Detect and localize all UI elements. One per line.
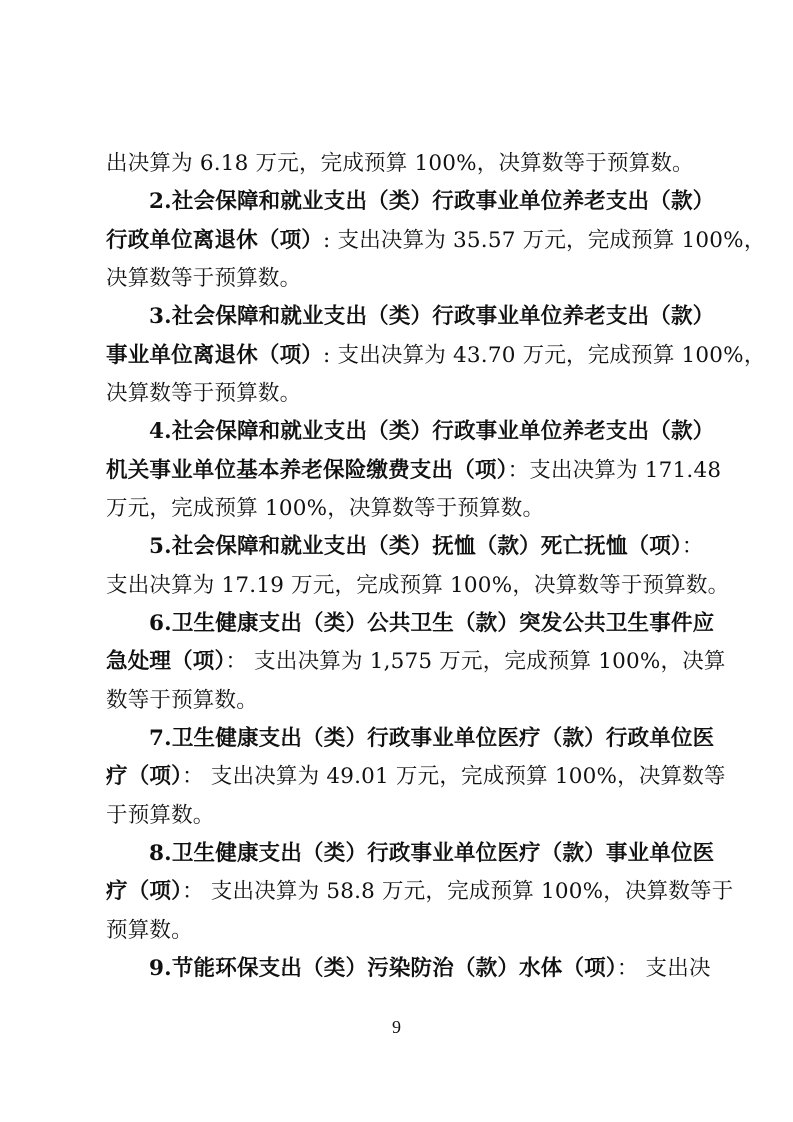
item-text: 出决算为 6.18 万元，完成预算 100%，决算数等于预算数。 [106, 151, 694, 176]
page-number: 9 [0, 1017, 793, 1038]
text-line: 预算数。 [106, 912, 193, 949]
text-line: 机关事业单位基本养老保险缴费支出（项）：支出决算为 171.48 [106, 452, 721, 489]
item-text: ： 支出决算为 58.8 万元，完成预算 100%，决算数等于 [182, 879, 733, 904]
item-heading: 5.社会保障和就业支出（类）抚恤（款）死亡抚恤（项） [149, 534, 682, 559]
text-line: 疗（项）： 支出决算为 49.01 万元，完成预算 100%，决算数等 [106, 758, 726, 795]
item-text: ： [682, 534, 704, 559]
item-heading: 9.节能环保支出（类）污染防治（款）水体（项） [149, 956, 617, 981]
text-line: 3.社会保障和就业支出（类）行政事业单位养老支出（款） [149, 298, 714, 335]
item-text: : 支出决算为 43.70 万元，完成预算 100%， [323, 343, 766, 368]
item-text: 决算数等于预算数。 [106, 381, 301, 406]
item-heading: 急处理（项） [106, 649, 225, 674]
text-line: 万元，完成预算 100%，决算数等于预算数。 [106, 490, 544, 527]
item-heading: 疗（项） [106, 764, 182, 789]
text-line: 急处理（项）： 支出决算为 1,575 万元，完成预算 100%，决算 [106, 643, 726, 680]
text-line: 5.社会保障和就业支出（类）抚恤（款）死亡抚恤（项）： [149, 528, 704, 565]
text-line: 2.社会保障和就业支出（类）行政事业单位养老支出（款） [149, 183, 714, 220]
item-heading: 疗（项） [106, 879, 182, 904]
text-line: 7.卫生健康支出（类）行政事业单位医疗（款）行政单位医 [149, 720, 714, 757]
item-text: ： 支出决算为 1,575 万元，完成预算 100%，决算 [225, 649, 725, 674]
item-text: 预算数。 [106, 918, 193, 943]
item-text: : 支出决算为 35.57 万元，完成预算 100%， [323, 228, 766, 253]
text-line: 事业单位离退休（项）: 支出决算为 43.70 万元，完成预算 100%， [106, 337, 766, 374]
text-line: 行政单位离退休（项）: 支出决算为 35.57 万元，完成预算 100%， [106, 222, 766, 259]
item-heading: 3.社会保障和就业支出（类）行政事业单位养老支出（款） [149, 304, 714, 329]
item-text: 数等于预算数。 [106, 688, 258, 713]
item-text: 支出决算为 17.19 万元，完成预算 100%，决算数等于预算数。 [106, 573, 729, 598]
text-line: 9.节能环保支出（类）污染防治（款）水体（项）： 支出决 [149, 950, 711, 987]
text-line: 决算数等于预算数。 [106, 375, 301, 412]
text-line: 决算数等于预算数。 [106, 260, 301, 297]
item-heading: 4.社会保障和就业支出（类）行政事业单位养老支出（款） [149, 419, 714, 444]
item-text: 决算数等于预算数。 [106, 266, 301, 291]
text-line: 6.卫生健康支出（类）公共卫生（款）突发公共卫生事件应 [149, 605, 714, 642]
item-heading: 行政单位离退休（项） [106, 228, 323, 253]
item-heading: 事业单位离退休（项） [106, 343, 323, 368]
item-heading: 8.卫生健康支出（类）行政事业单位医疗（款）事业单位医 [149, 841, 714, 866]
item-text: 万元，完成预算 100%，决算数等于预算数。 [106, 496, 544, 521]
item-text: 于预算数。 [106, 803, 215, 828]
item-heading: 机关事业单位基本养老保险缴费支出（项） [106, 458, 508, 483]
text-line: 出决算为 6.18 万元，完成预算 100%，决算数等于预算数。 [106, 145, 694, 182]
text-line: 疗（项）： 支出决算为 58.8 万元，完成预算 100%，决算数等于 [106, 873, 733, 910]
item-heading: 7.卫生健康支出（类）行政事业单位医疗（款）行政单位医 [149, 726, 714, 751]
text-line: 支出决算为 17.19 万元，完成预算 100%，决算数等于预算数。 [106, 567, 729, 604]
item-text: ： 支出决 [617, 956, 711, 981]
text-line: 于预算数。 [106, 797, 215, 834]
text-line: 4.社会保障和就业支出（类）行政事业单位养老支出（款） [149, 413, 714, 450]
item-text: ： 支出决算为 49.01 万元，完成预算 100%，决算数等 [182, 764, 726, 789]
item-heading: 2.社会保障和就业支出（类）行政事业单位养老支出（款） [149, 189, 714, 214]
item-text: ：支出决算为 171.48 [508, 458, 722, 483]
item-heading: 6.卫生健康支出（类）公共卫生（款）突发公共卫生事件应 [149, 611, 714, 636]
text-line: 8.卫生健康支出（类）行政事业单位医疗（款）事业单位医 [149, 835, 714, 872]
text-line: 数等于预算数。 [106, 682, 258, 719]
